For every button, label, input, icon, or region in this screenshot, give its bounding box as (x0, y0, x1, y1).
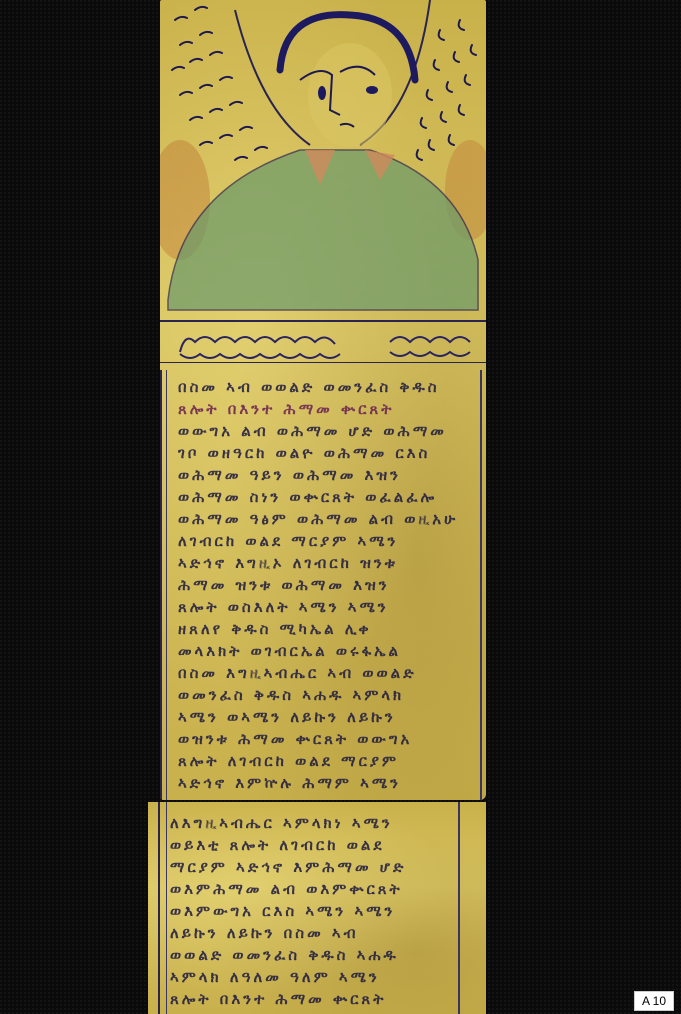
text-line: ጸሎት ወስእለት ኣሜን ኣሜን (178, 598, 468, 620)
text-line: ገቦ ወዘዓርከ ወልዮ ወሕማመ ርእስ (178, 444, 468, 466)
geez-text-block-bottom: ለእግዚኣብሔር ኣምላክነ ኣሜን ወይእቲ ጸሎት ለገብርከ ወልደ ማር… (170, 814, 462, 1012)
manuscript-scroll: በስመ ኣብ ወወልድ ወመንፈስ ቅዱስ ጸሎት በእንተ ሕማመ ቍርጸት … (148, 0, 488, 1014)
text-line: ወወልድ ወመንፈስ ቅዱስ ኣሐዱ (170, 946, 462, 968)
text-line: ኣድኅኖ እምኵሉ ሕማም ኣሜን (178, 774, 468, 796)
text-line: ወሕማመ ዓፅም ወሕማመ ልብ ወዚአሁ (178, 510, 468, 532)
angel-illustration (160, 0, 486, 320)
text-line: ለእግዚኣብሔር ኣምላክነ ኣሜን (170, 814, 462, 836)
geez-text-block-top: በስመ ኣብ ወወልድ ወመንፈስ ቅዱስ ጸሎት በእንተ ሕማመ ቍርጸት … (178, 378, 468, 796)
text-line: ሕማመ ዝንቱ ወሕማመ እዝን (178, 576, 468, 598)
scroll-top-panel: በስመ ኣብ ወወልድ ወመንፈስ ቅዱስ ጸሎት በእንተ ሕማመ ቍርጸት … (160, 0, 486, 800)
text-line: ወእምውግአ ርእስ ኣሜን ኣሜን (170, 902, 462, 924)
text-line: ጸሎት በእንተ ሕማመ ቍርጸት (170, 990, 462, 1012)
text-line: በስመ እግዚኣብሔር ኣብ ወወልድ (178, 664, 468, 686)
text-line: ማርያም ኣድኅኖ እምሕማመ ሆድ (170, 858, 462, 880)
text-line: ወውግአ ልብ ወሕማመ ሆድ ወሕማመ (178, 422, 468, 444)
scroll-bottom-panel: ለእግዚኣብሔር ኣምላክነ ኣሜን ወይእቲ ጸሎት ለገብርከ ወልደ ማር… (148, 802, 486, 1014)
text-line: ወእምሕማመ ልብ ወእምቍርጸት (170, 880, 462, 902)
text-line: ኣምላክ ለዓለመ ዓለም ኣሜን (170, 968, 462, 990)
frame-line (166, 802, 167, 1014)
right-wing-marks (417, 20, 476, 160)
text-line: መላእክት ወገብርኤል ወሩፋኤል (178, 642, 468, 664)
text-line: በስመ ኣብ ወወልድ ወመንፈስ ቅዱስ (178, 378, 468, 400)
text-line: ወዝንቱ ሕማመ ቍርጸት ወውግአ (178, 730, 468, 752)
text-line: ጸሎት ለገብርከ ወልደ ማርያም (178, 752, 468, 774)
text-line: ዘጸለየ ቅዱስ ሚካኤል ሊቀ (178, 620, 468, 642)
text-line: ወመንፈስ ቅዱስ ኣሐዱ ኣምላክ (178, 686, 468, 708)
text-line: ጸሎት በእንተ ሕማመ ቍርጸት (178, 400, 468, 422)
left-wing-marks (172, 7, 267, 160)
catalog-label: A 10 (634, 991, 674, 1011)
text-line: ወይእቲ ጸሎት ለገብርከ ወልደ (170, 836, 462, 858)
text-line: ኣድኅኖ እግዚኦ ለገብርከ ዝንቱ (178, 554, 468, 576)
text-line: ወሕማመ ስነን ወቍርጸት ወፈልፈሎ (178, 488, 468, 510)
text-line: ለገብርከ ወልደ ማርያም ኣሜን (178, 532, 468, 554)
text-line: ኣሜን ወኣሜን ለይኩን ለይኩን (178, 708, 468, 730)
text-line: ወሕማመ ዓይን ወሕማመ እዝን (178, 466, 468, 488)
frame-line (158, 802, 160, 1014)
decorative-braid-band (160, 320, 486, 363)
text-line: ለይኩን ለይኩን በስመ ኣብ (170, 924, 462, 946)
